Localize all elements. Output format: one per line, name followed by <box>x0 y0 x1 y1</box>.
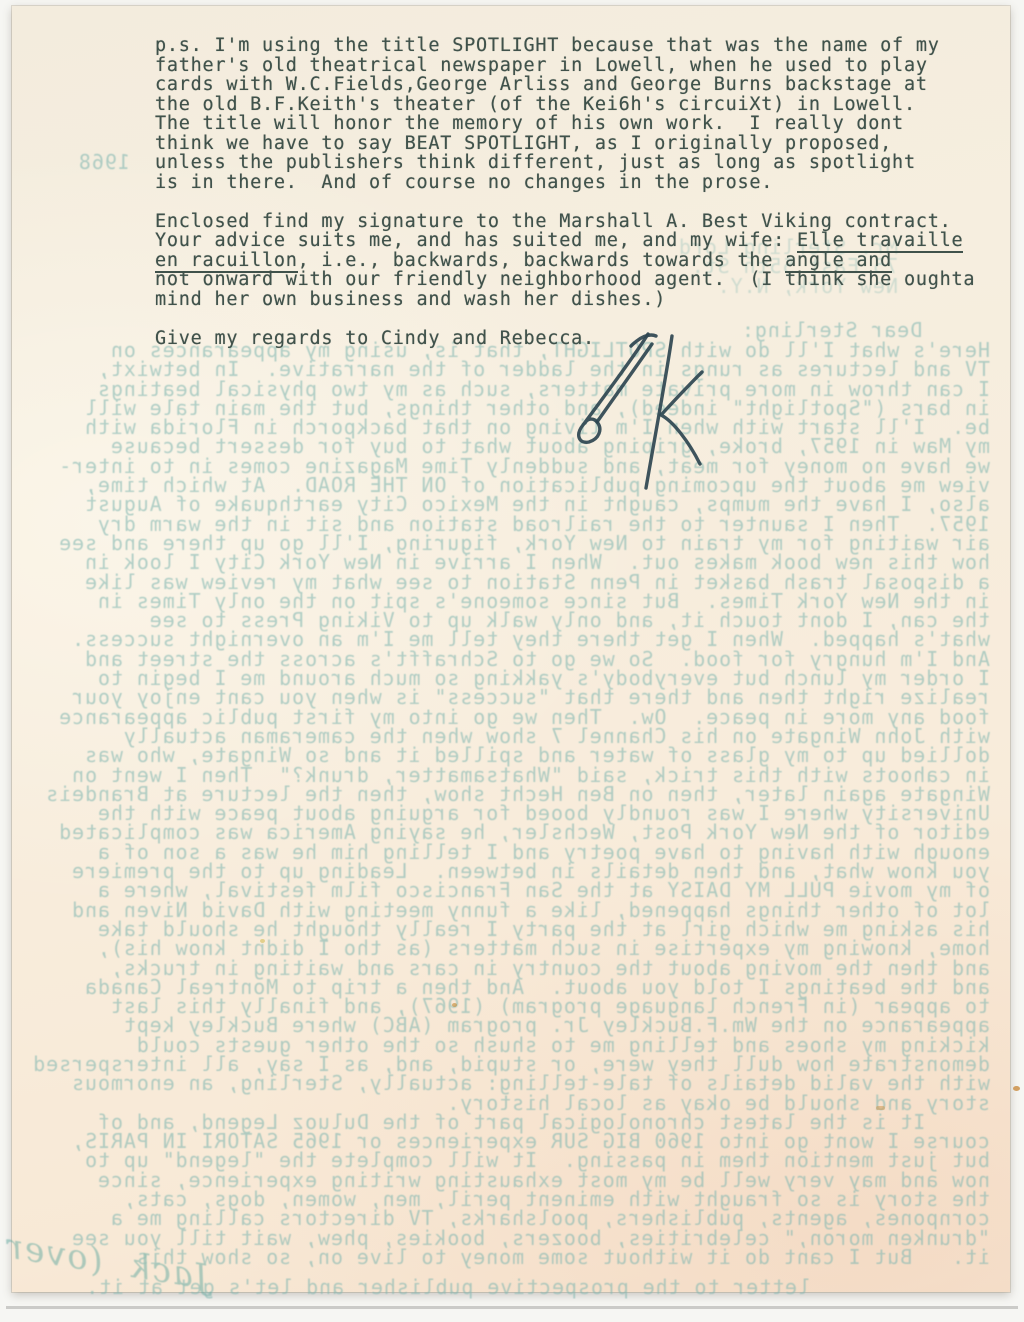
text-segment: , i.e., backwards, backwards towards the <box>298 250 785 271</box>
text-line: Enclosed find my signature to the Marsha… <box>155 212 975 232</box>
text-line <box>155 192 975 212</box>
text-line: unless the publishers think different, j… <box>155 153 975 173</box>
scanned-letter-screenshot: { "document_type": "typewritten letter, … <box>0 0 1024 1322</box>
text-line: p.s. I'm using the title SPOTLIGHT becau… <box>155 36 975 56</box>
bleed-body-text: Here's what I'll do with SPOTLIGHT, that… <box>32 341 990 1267</box>
text-line: father's old theatrical newspaper in Low… <box>155 56 975 76</box>
text-line: not onward with our friendly neighborhoo… <box>155 270 975 290</box>
text-line: is in there. And of course no changes in… <box>155 173 975 193</box>
scan-edge-line <box>6 1306 1018 1309</box>
text-segment: Your advice suits me, and has suited me,… <box>155 230 797 251</box>
paper-speck <box>260 939 265 943</box>
paper-speck <box>876 1106 885 1110</box>
text-line <box>155 309 975 329</box>
text-line: Your advice suits me, and has suited me,… <box>155 231 975 251</box>
paper-speck <box>1013 1086 1020 1091</box>
typed-text: p.s. I'm using the title SPOTLIGHT becau… <box>155 36 975 348</box>
text-line: The title will honor the memory of his o… <box>155 114 975 134</box>
text-line: mind her own business and wash her dishe… <box>155 290 975 310</box>
text-line: the old B.F.Keith's theater (of the Kei6… <box>155 95 975 115</box>
text-line: cards with W.C.Fields,George Arliss and … <box>155 75 975 95</box>
bleed-date: 1968 <box>78 150 130 174</box>
paper-speck <box>452 1003 457 1007</box>
jk-signature-icon <box>552 328 722 496</box>
text-line: en racuillon, i.e., backwards, backwards… <box>155 251 975 271</box>
text-line: think we have to say BEAT SPOTLIGHT, as … <box>155 134 975 154</box>
letter-page: 1968 Mr. Sterling Lord75 East 55th St.Ne… <box>12 6 1010 1292</box>
